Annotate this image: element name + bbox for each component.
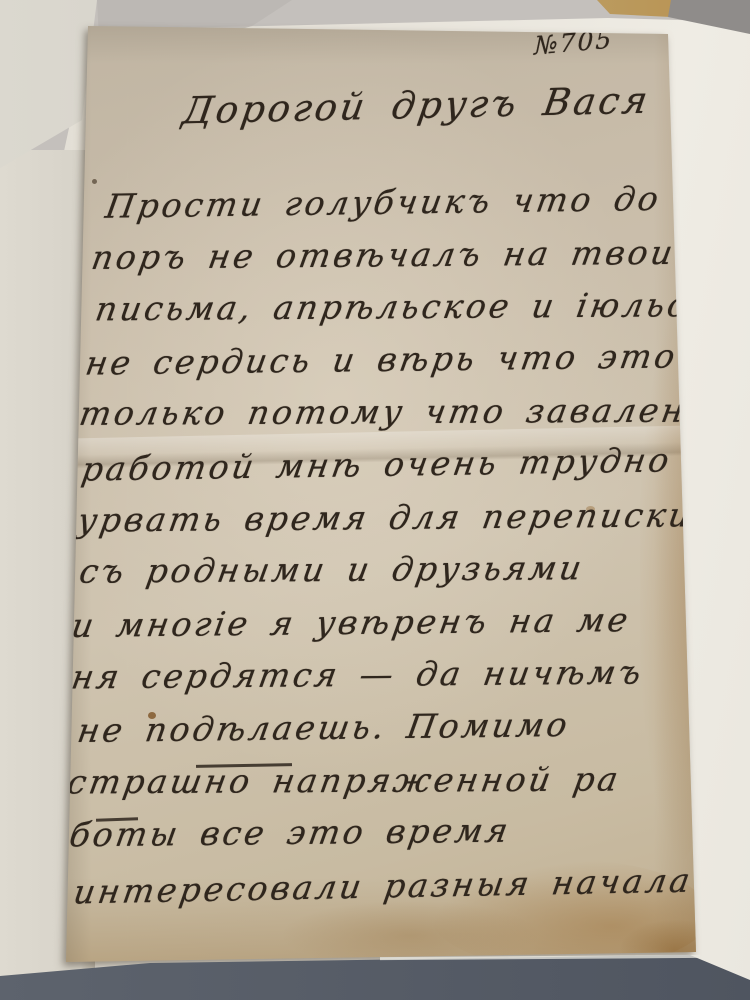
letter-line: письма, апрѣльское и іюльское; [93,285,750,329]
letter-line: съ родными и друзьями [77,548,588,591]
letter-line: Прости голубчикъ что до сихъ [103,177,750,225]
letter-line: страшно напряженной ра [65,759,624,801]
letter-line: работой мнѣ очень трудно [79,440,675,488]
letter-line: не подѣлаешь. Помимо [75,705,573,750]
letter-line: не сердись и вѣрь что это [83,336,681,382]
letter-line: и многіе я увѣренъ на ме [69,600,634,645]
letter-photograph: №705 Дорогой другъ Вася Прости голубчикъ… [0,0,750,1000]
letter-line: поръ не отвѣчалъ на твои два [89,232,750,277]
letter-line: только потому что заваленному [77,391,750,434]
letter-line: интересовали разныя начала — [71,859,750,911]
letter-body: Прости голубчикъ что до сихъпоръ не отвѣ… [66,0,726,1000]
letter-line: ня сердятся — да ничѣмъ [69,653,647,697]
letter-line: урвать время для переписки [75,495,697,539]
letter-sheet: №705 Дорогой другъ Вася Прости голубчикъ… [0,0,750,1000]
